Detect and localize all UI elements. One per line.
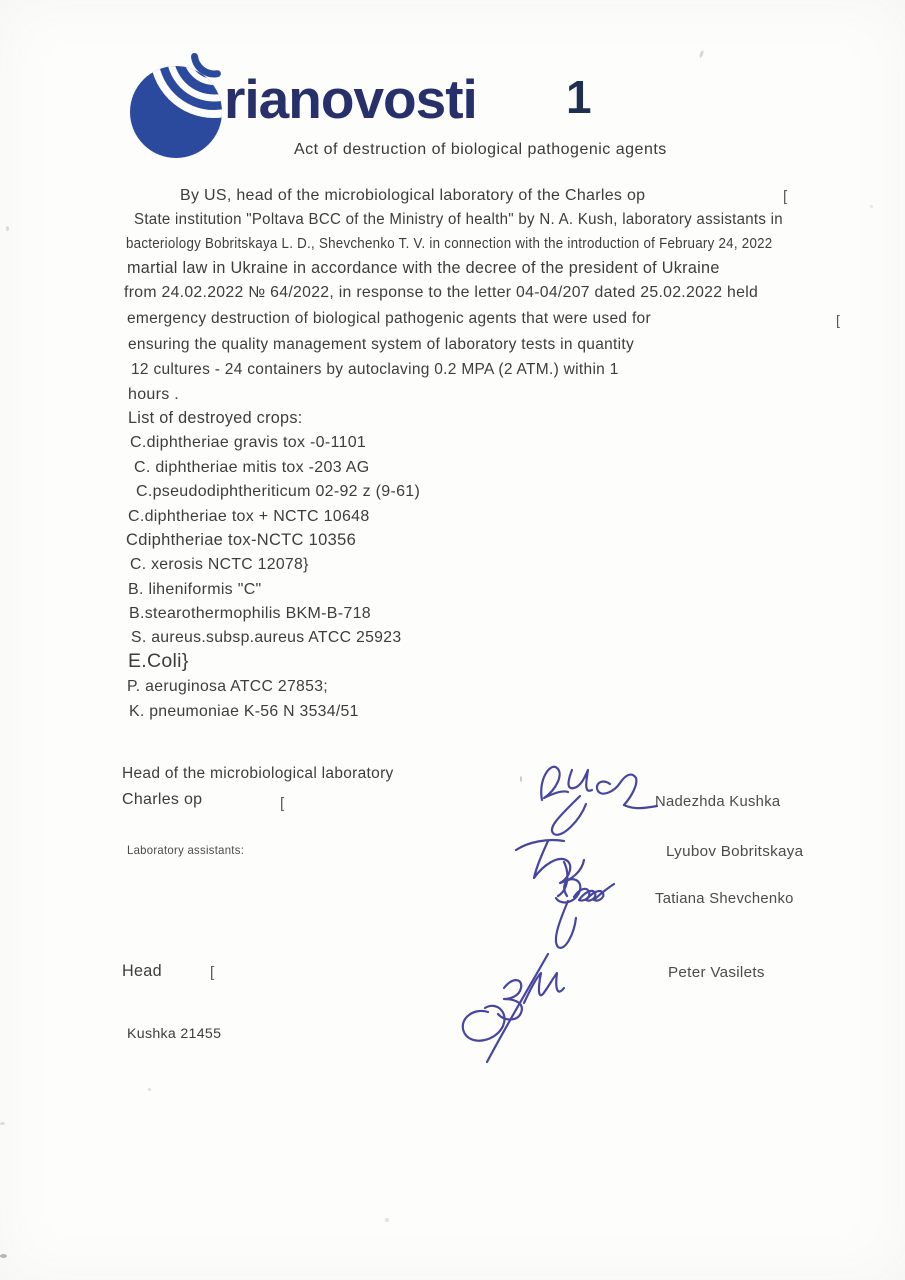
scan-artifact-bracket: [ bbox=[783, 188, 787, 206]
scan-artifact-bracket: [ bbox=[280, 795, 284, 813]
signatures-layer bbox=[430, 750, 680, 1080]
scanned-document-page: rianovosti 1 Act of destruction of biolo… bbox=[0, 0, 905, 1280]
signer-name: Lyubov Bobritskaya bbox=[666, 843, 803, 861]
scan-speck bbox=[0, 1254, 7, 1258]
bobritskaya-signature-icon bbox=[516, 840, 584, 896]
ria-novosti-globe-icon bbox=[124, 52, 234, 162]
paragraph-line: emergency destruction of biological path… bbox=[127, 310, 651, 329]
page-number: 1 bbox=[566, 74, 592, 120]
scan-speck bbox=[520, 776, 522, 782]
document-title: Act of destruction of biological pathoge… bbox=[294, 140, 667, 159]
crop-list-item: B. liheniformis "C" bbox=[128, 580, 262, 599]
paragraph-line: ensuring the quality management system o… bbox=[128, 336, 634, 355]
list-header: List of destroyed crops: bbox=[128, 409, 303, 428]
crop-list-item: B.stearothermophilis BKM-B-718 bbox=[129, 604, 371, 623]
scan-speck bbox=[699, 50, 705, 59]
logo-wordmark: rianovosti bbox=[224, 72, 477, 127]
footer-note: Kushka 21455 bbox=[127, 1026, 221, 1043]
crop-list-item: C.pseudodiphtheriticum 02-92 z (9-61) bbox=[136, 482, 420, 501]
paragraph-line: By US, head of the microbiological labor… bbox=[180, 186, 645, 205]
head-role-line: Charles op bbox=[122, 790, 202, 809]
crop-list-item: E.Coli} bbox=[128, 650, 189, 673]
scan-speck bbox=[870, 205, 873, 208]
scan-speck bbox=[6, 226, 9, 231]
paragraph-line: from 24.02.2022 № 64/2022, in response t… bbox=[124, 284, 758, 303]
shevchenko-signature-icon bbox=[556, 879, 614, 948]
scan-speck bbox=[0, 1122, 5, 1125]
crop-list-item: C.diphtheriae gravis tox -0-1101 bbox=[130, 433, 366, 452]
scan-artifact-bracket: [ bbox=[210, 964, 214, 982]
scan-speck bbox=[148, 1088, 151, 1091]
scan-speck bbox=[385, 1218, 389, 1222]
assistants-label: Laboratory assistants: bbox=[127, 843, 244, 857]
crop-list-item: K. pneumoniae K-56 N 3534/51 bbox=[129, 703, 359, 722]
crop-list-item: S. aureus.subsp.aureus ATCC 25923 bbox=[131, 629, 401, 648]
paragraph-line: martial law in Ukraine in accordance wit… bbox=[127, 259, 720, 278]
paragraph-line: State institution "Poltava BCC of the Mi… bbox=[134, 211, 783, 230]
head-label: Head bbox=[122, 962, 162, 981]
paragraph-line: 12 cultures - 24 containers by autoclavi… bbox=[131, 361, 619, 380]
crop-list-item: C.diphtheriae tox + NCTC 10648 bbox=[128, 507, 370, 526]
vasilets-signature-icon bbox=[463, 954, 564, 1062]
crop-list-item: C. xerosis NCTC 12078} bbox=[130, 556, 309, 575]
crop-list-item: C. diphtheriae mitis tox -203 AG bbox=[134, 458, 369, 477]
paragraph-line: bacteriology Bobritskaya L. D., Shevchen… bbox=[126, 236, 772, 254]
paragraph-line: hours . bbox=[128, 385, 179, 404]
scan-artifact-bracket: [ bbox=[836, 312, 840, 329]
crop-list-item: P. aeruginosa ATCC 27853; bbox=[127, 678, 328, 697]
head-role-line: Head of the microbiological laboratory bbox=[122, 765, 394, 784]
signer-name: Peter Vasilets bbox=[668, 964, 765, 982]
crop-list-item: Cdiphtheriae tox-NCTC 10356 bbox=[126, 531, 356, 551]
kushka-signature-icon bbox=[541, 767, 657, 835]
